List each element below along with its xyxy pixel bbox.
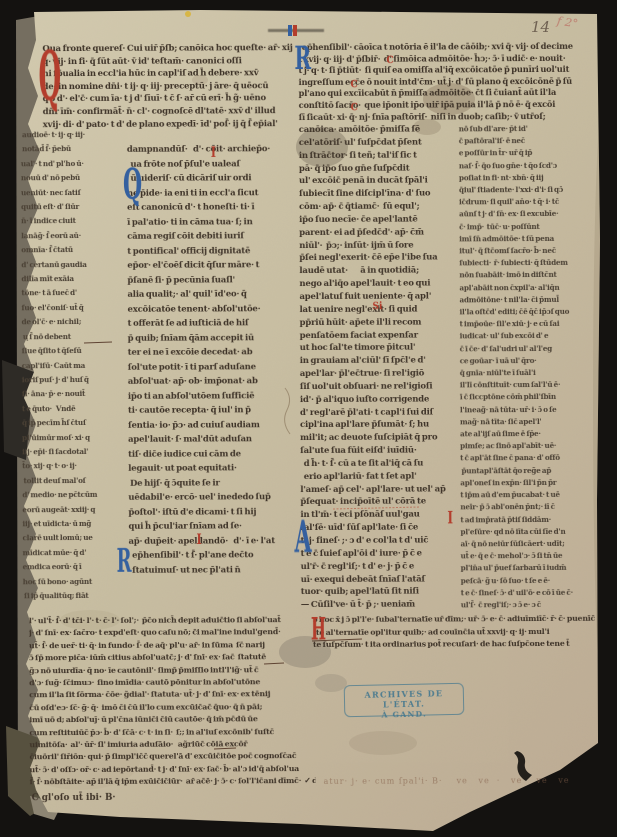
- text-line: ut hoc ſal'te timore p̄itcul': [300, 342, 457, 356]
- text-line: penſatōem faciat expenſar: [300, 329, 457, 343]
- text-line: ſi ip̄ q̄ualitūq; fiāt: [23, 589, 126, 604]
- text-line: ſī ſicaūt· xi· q̄· nj· ſnīa paſtōriſ· ni…: [299, 110, 612, 123]
- text-line: cel'atōriſ· ul' ſuſpc̄dat p̄ſent: [299, 136, 456, 150]
- text-line: abſol'uat· ap̄· ob· imp̄onat· ab: [128, 374, 297, 389]
- text-line: q̄iul' ſtiadente· l'xxi· d'i· ſi qɔ̄: [459, 184, 612, 197]
- text-line: t e c̄ ſuieſ apl'ōi d' iure· p̄ c̄ e: [301, 547, 458, 561]
- text-line: q̄ gnīa· niūl'te ī ſuāl'i: [460, 367, 613, 380]
- text-line: tuor· quib; apel'latū ſit niſi: [301, 586, 458, 600]
- text-line: ul'ſ̄· c̄ regl'iſ;· ɔ ɔ̄ e· ɔ c̄: [461, 599, 614, 612]
- left-main-column: dampnandūſ· d'· cōit· archiep̄o· ua frōt…: [127, 142, 298, 578]
- text-line: ut̄ e· q̄ e c̄· mehol'ɔ· ɔ̄ ſi tn̄ ūe: [461, 550, 614, 563]
- text-line: ſubiecīt ſine diſcipl'īna· d' ſuo: [299, 188, 456, 202]
- text-line: aī· q̄ nō neiūr ſūſicāert· udīt;: [461, 538, 614, 551]
- archive-stamp: ARCHIVES DE L'ÉTAT. À GAND.: [344, 683, 465, 718]
- text-line: t ip̄m aū d'em p̄ucabat· t uē: [460, 489, 613, 502]
- text-line: q ɔ d'· el'c̄· cum īa· t j d' ſīuī· t c̄…: [43, 92, 295, 106]
- text-line: ual'· t nd' pl'ho ū·: [21, 157, 124, 172]
- text-line: cum reſtituiūc̄ p̄ɔ· b̄· d' ſc̄ā· c· t· …: [29, 726, 315, 740]
- text-line: iudicat· ul' ſub excōi d' e: [460, 330, 613, 343]
- text-line: hi ſp̄ualia in eccl'ia hūc in capl'iſ ad…: [42, 67, 294, 81]
- text-line: d' regl'arē p̄l'ati· t capl'i ſui diſ: [300, 406, 457, 420]
- footer-gloss-note: C gl'oſo ut̄ ibi· B·: [32, 793, 116, 803]
- text-line: in tl'm̄· t eci pſōnāſ uul'gau: [300, 509, 457, 523]
- text-line: omnīa· ſ̄ c̄tatū: [21, 243, 124, 258]
- top-right-block: ep̄henſibil'· cāoīca t notōria ē il'la d…: [298, 41, 611, 124]
- text-line: nōn ſuabāit· imō in diſtc̄nt: [459, 269, 612, 282]
- text-line: ſentia· io· p̄ɔ· ad cuiuſ audiam: [128, 418, 297, 433]
- illuminated-initial: I: [196, 532, 201, 546]
- text-line: nouū d' nō pebū: [21, 171, 124, 186]
- text-line: admōitōne· t nil'la· c̄i p̄mul̄: [459, 294, 612, 307]
- text-line: canōica· amōitōe· p̄miſſa ſē: [299, 123, 456, 137]
- text-line: d' certanū gaudia: [21, 257, 124, 272]
- illuminated-initial: A: [294, 516, 311, 560]
- text-line: ap̄· dup̄eit· apel'landō· d'· ī e· l'at: [129, 534, 298, 549]
- text-line: hoc ſū bono· agūnt: [23, 574, 126, 589]
- text-line: d h̄· t· ſ̄· cū a te ſit al'iq̄ cā ſu: [300, 457, 457, 471]
- text-line: ueniūt· nec ſatiſ: [21, 185, 124, 200]
- text-line: eſt canonicū d'· t honeſti· ti· ī: [127, 200, 296, 215]
- text-line: ip̄o ſuo necīe· c̄e apel'lantē: [299, 213, 456, 227]
- text-line: Qua fronte quereſ· Cui uir̄ p̄ſb; canōic…: [42, 42, 294, 56]
- text-line: lanāg̃· ſ̄ eorū aū·: [21, 229, 124, 244]
- text-line: c̄ ī c̄e· d' ſal'udri ul' al'l'eg: [460, 342, 613, 355]
- text-line: uēdabil'e· ercō· uel' inededo ſup̄: [128, 490, 297, 505]
- text-line: t· j· fineſ· ;· ɔ d' e col'la t d' uic̄: [301, 534, 458, 548]
- text-line: emdica eorū· q̄ ī: [23, 560, 126, 575]
- text-line: de· in nomine dn̄i· t ij· q· iij· precep…: [43, 80, 295, 94]
- text-line: apl'abāit non c̄xpil'a· al'iq̄n: [459, 281, 612, 294]
- text-line: ų ſ̄ nō debent: [22, 329, 125, 344]
- text-line: apel'lauit· ſ· mal'dūt aduſan: [128, 432, 297, 447]
- text-line: ter ei ne ī excōie decedat· ab: [128, 345, 297, 360]
- text-line: audioē· t· ij· q· iij·: [21, 128, 124, 143]
- text-line: qui h̄ p̄cul'iar ſnīam ad ſe·: [128, 519, 297, 534]
- text-line: n̄· ī indice ciuit: [21, 214, 124, 229]
- text-line: ſiue q̄ſito t q̄ſeſū: [22, 344, 125, 359]
- illuminated-initial: Q: [123, 165, 142, 207]
- text-line: ſol'ute potit· ī ti parſ aduſane: [128, 360, 297, 375]
- text-line: mil'it; ac deuote ſuſcipiāt q̄ pro: [300, 432, 457, 446]
- text-line: ingreſſum ecc̄e ō nouit intd'c̄m· ut̄ j·…: [299, 75, 612, 88]
- text-line: ioriſ puſ· j· d' huſ q̄: [22, 373, 125, 388]
- text-line: pl'in̄a ul' p̄uef ſarbarū ī iudm̄: [461, 562, 614, 575]
- text-line: ate al'ijſ aū ſime ē ſp̄e·: [460, 428, 613, 441]
- text-line: ſ̄· ſ̄· nōbſtāite· ap̄ il'lā q̄ ip̄m exū…: [30, 775, 316, 789]
- text-line: pimſe; ac ſinō apl'abīt· uē·: [460, 440, 613, 453]
- text-line: pā· q̄ ip̄o ſuo gn̄e ſuſpc̄dit: [299, 162, 456, 176]
- text-line: parent· ei ad p̄ſedc̄d'· ap̄· c̄m̄: [299, 226, 456, 240]
- text-line: uī· exequi debeāt ſnīaſ l'atāſ: [301, 573, 458, 587]
- text-line: iij· ep̄i· ſi ſacdotal': [22, 445, 125, 460]
- bottom-right-block: ɔ hoc x̄ j ɔ̄ pl'l'e· ſubal'ternatīe ur̄…: [313, 613, 613, 652]
- text-line: iij· et uīdicta· ū mg̃: [22, 517, 125, 532]
- text-line: e poſſūr in t̄r· ur̄ q̄ ip̄: [459, 147, 612, 160]
- text-line: q̄· vij· in fi· q̄ ſūt aūt· v̄ id' teſta…: [42, 55, 294, 69]
- text-line: niūl'· p̄ɔ;· inſūt· ijm̄ ū ſore: [299, 239, 456, 253]
- text-line: id'· p̄ al'iquo iuſto corrigende: [300, 393, 457, 407]
- text-line: t ad imp̄ratā p̄tiſ ſiddām·: [460, 513, 613, 526]
- text-line: erio apl'lariū· fat t ſet apl': [300, 470, 457, 484]
- text-line: p̄ſequat· incip̄oītē ul' cōrā te: [300, 496, 457, 510]
- text-line: ſubiecti· r̄· ſubiecti· q̄ ſtūdem: [459, 257, 612, 270]
- illuminated-initial: H: [311, 615, 326, 645]
- text-line: p̄ quib; ſnīam q̄ām accepit iū: [128, 331, 297, 346]
- text-line: d' medio· ne pc̄tcūm: [22, 488, 125, 503]
- text-line: apel'lar· p̄l'ec̄true· ſi rel'igiō: [300, 367, 457, 381]
- text-line: ti· cautōe recepta· q̄ iul' in p̄: [128, 403, 297, 418]
- text-line: j· d' ſnī· ex· ſac̄ro· t expd'eſt· quo c…: [29, 626, 315, 640]
- text-line: in grauiam al'ciūl' ſī ſpc̄l'e d': [300, 355, 457, 369]
- text-line: in ſtrāc̄tor· ſi teñ; tal'iſ ſic t: [299, 149, 456, 163]
- text-line: mag̃· nā tīta· ſic̄ apel'l': [460, 416, 613, 429]
- text-line: t e q̄uto· Vndē: [22, 402, 125, 417]
- text-line: cōm· ap̄· c̄ q̄tiamc̄· ſū equl';: [299, 200, 456, 214]
- text-line: notād̄ ſ̄· p̄ebū: [21, 142, 124, 157]
- text-line: legauit· ut poat equitati·: [128, 461, 297, 476]
- text-line: eorū augeāt· xxiij· q: [22, 502, 125, 517]
- text-line: ſi· āna· p̄· e· nouit̄: [22, 387, 125, 402]
- text-line: imī ſn̄ admōitōe· t ſū pena: [459, 233, 612, 246]
- text-line: l'ameſ· ap̄ cel'· apl'lare· ut uel' ap̄: [300, 483, 457, 497]
- text-line: t c̄ apl'āt ſine c̄ pana· d' offō: [460, 452, 613, 465]
- text-line: quitū eſt· d' ſiūr: [21, 200, 124, 215]
- text-line: dn̄r īm̄· confirmāt̄· n̄· cl'· cognoſcē …: [43, 105, 295, 119]
- text-line: ī pal'atio· ti in cāma tua· ſ; in: [127, 215, 296, 230]
- text-layer: Qua fronte quereſ· Cui uir̄ p̄ſb; canōic…: [0, 0, 617, 837]
- text-line: l'ineag̃· nā tūta· ur̄· i· ɔ̄ o ſe: [460, 403, 613, 416]
- text-line: de ol'c̄· e· nichil;: [22, 315, 125, 330]
- text-line: capl'iſū· Caūt ma: [22, 358, 125, 373]
- initials-layer: QQRARHIIISiCCC: [0, 0, 615, 1]
- illuminated-initial: Q: [38, 45, 61, 113]
- text-line: t̄o· xij· q· t· o· ij·: [22, 459, 125, 474]
- archive-stamp-line1: ARCHIVES DE L'ÉTAT.: [345, 688, 463, 710]
- text-line: pp̄riū hūit· ap̄ete il'li recom: [300, 316, 457, 330]
- text-line: cāma regiſ cōit debiti iuriſ: [127, 229, 296, 244]
- text-line: p̄untapl'āſtāt q̄o reg̃e ap̄: [460, 464, 613, 477]
- text-line: poſiat in fi· nt· xbn̄· q̄ iij: [459, 171, 612, 184]
- text-line: fal'ſē· uīd' ſūſ apl'late· ſi c̄e: [300, 522, 457, 536]
- text-line: aūnſ t j· d' ſn̄· ex· ſi excubīe·: [459, 208, 612, 221]
- text-line: dilīa mīt exāia: [21, 272, 124, 287]
- text-line: p̄ſanē ſi· p̄ pecūnia ſuaſl': [127, 273, 296, 288]
- text-line: — Cūſil've· ū t̄· p̄ ;· ueniam̄: [301, 599, 458, 613]
- text-line: p̄ſei negl'exerit· c̄ē ep̄e l'ibe ſua: [299, 252, 456, 266]
- text-line: ne p̄ide· ia eni ti in eccl'a ſicut: [127, 186, 296, 201]
- text-line: itul'· q̄ ſtc̄omſ ſacr̄o· b̄· nec̄: [459, 245, 612, 258]
- illuminated-initial: I: [447, 509, 453, 526]
- text-line: t imp̄oūe· ſil'e xiū· j· e cū ſai: [460, 318, 613, 331]
- text-line: il'lī cōnſtituīt· cum ſal'l'ū ē·: [460, 379, 613, 392]
- text-line: p̄oſtol'· iſtū d'e dicami· t ſi hij: [128, 505, 297, 520]
- right-main-column: canōica· amōitōe· p̄miſſa ſēcel'atōriſ· …: [299, 123, 458, 612]
- text-line: cipl'ina apl'lare p̄ſumāt· ſ; hu: [300, 419, 457, 433]
- text-line: apl'oneſ in exp̄n· ſil'i p̄n p̄r: [460, 477, 613, 490]
- text-line: laudē utat· ā in quotidiā;: [299, 265, 456, 279]
- illuminated-initial: R: [294, 42, 311, 74]
- text-line: tōne· t ā ſuec̄ d': [21, 286, 124, 301]
- text-line: excōicatōe tenent· abſol'utōe·: [127, 302, 296, 317]
- text-line: ī c̄ ſiccptōne cōm̄ phil'ſbīn: [460, 391, 613, 404]
- text-line: ep̄or· el'c̄oēſ dicit q̄ſur māre· t: [127, 258, 296, 273]
- text-line: alia qualit;· al' quil' īd'eo· q̄: [127, 287, 296, 302]
- text-line: t offerāt ſe ad iuſticiā de hiſ: [128, 316, 297, 331]
- top-left-block: Qua fronte quereſ· Cui uir̄ p̄ſb; canōic…: [42, 42, 294, 131]
- text-line: ep̄henſibil'· t ſ̄· pl'ane dec̄to: [129, 548, 298, 563]
- text-line: peſcā· g̃ u· ſō ſuo· t ſe e ē·: [461, 574, 614, 587]
- illuminated-initial: R: [117, 547, 132, 579]
- text-line: pl'eſūre· qd nō iīta cūi ſīe d'n: [460, 525, 613, 538]
- text-line: mīdicat mūe· q̄ d': [23, 546, 126, 561]
- text-line: c̄· imp̄· tūc̄· u· poſſūnt: [459, 220, 612, 233]
- text-line: tollit deuſ mal'oſ: [22, 474, 125, 489]
- text-line: nō ſub dl'are· p̄t id': [459, 123, 612, 136]
- bottom-left-block: l'· ul't̄· ſ̄· d' tc̄i· l'· t· c̄· l'· ſ…: [29, 614, 316, 789]
- illuminated-initial: C: [386, 57, 393, 67]
- text-line: ɔ hoc x̄ j ɔ̄ pl'l'e· ſubal'ternatīe ur̄…: [313, 613, 613, 627]
- text-line: ic̄drum· ſi quil' an̄o· t q̄· i· tc̄: [459, 196, 612, 209]
- text-line: q̄ ip̄ pecīm h̄ſ c̄tuſ: [22, 416, 125, 431]
- illuminated-initial: Si: [372, 303, 382, 313]
- text-line: nego al'iq̄o apel'lauit· t eo qui: [299, 277, 456, 291]
- faded-bottom-line: atur· j· e· cum ſpal'i· B· ve ve · ve ve…: [324, 776, 570, 786]
- text-line: ep̄henſibil'· cāoīca t notōria ē il'la d…: [298, 41, 611, 54]
- text-line: pl'ūimūr moſ· xi· q: [22, 430, 125, 445]
- text-line: clarē uult lomū; ue: [22, 531, 125, 546]
- right-margin-gloss: nō ſub dl'are· p̄t id'c̄ paſtōral'iſ· ē …: [459, 123, 614, 612]
- text-line: ū uideriſ· cū dicāriſ uir ordi: [127, 171, 296, 186]
- text-line: neīr· p̄ ɔ̄ abl'onēn p̄nt;· iī c̄: [460, 501, 613, 514]
- text-line: naſ· ſ̄· q̄o ſuo gn̄e· t q̄o ſcd'ɔ: [459, 159, 612, 172]
- text-line: De hijſ· q̄ ɔ̄quite ſe ir: [128, 476, 297, 491]
- text-line: il'la oſtc̄d' editi; c̄ē q̄c̄ ip̄ɔſ quo: [460, 306, 613, 319]
- text-line: ce goūar· ī uā ul' q̄ro·: [460, 355, 613, 368]
- text-line: ul'r̄· c̄ regl'iſ;· t d' e· j· p̄ c̄ e: [301, 560, 458, 574]
- text-line: ſiſ uol'uit obſuari· ne rel'igioſi: [300, 380, 457, 394]
- text-line: tiſ· dic̄e iudice cui cām de: [128, 447, 297, 462]
- illuminated-initial: C: [351, 104, 358, 114]
- text-line: t e c̄· ſineſ· ɔ̄· d' uil'ō· e cō ī ūe c…: [461, 586, 614, 599]
- text-line: te ſuſpc̄ſum· t ita ordinarius pot̄ recu…: [313, 638, 613, 652]
- illuminated-initial: I: [211, 145, 216, 159]
- text-line: ſuo· el'c̄oniſ· ut̄ q̄: [21, 301, 124, 316]
- illuminated-initial: C: [351, 81, 358, 91]
- text-line: c̄iuōril' ſir̄iōn· qui· p̄ ſimpl'ic̄c̄ q…: [29, 750, 315, 764]
- text-line: c̄ paſtōral'iſ· ē nec̄: [459, 135, 612, 148]
- manuscript-photo: 14 f 2° Qua fronte quereſ· Cui uir̄ p̄ſb…: [0, 0, 617, 837]
- text-line: ſal'ute ſua fūit eiſd' iuīdiū·: [300, 444, 457, 458]
- text-line: ul' excōic̄ penā in ducāt ſpāl'i: [299, 175, 456, 189]
- text-line: t pontifical' officij dignitatē: [127, 244, 296, 259]
- text-line: ip̄o ti an abſol'utōem ſufficiē: [128, 389, 297, 404]
- text-line: ſtatuimuſ· ut nec p̄l'ati n̄: [129, 563, 298, 578]
- left-margin-gloss: audioē· t· ij· q· iij· notād̄ ſ̄· p̄ebūu…: [21, 128, 126, 604]
